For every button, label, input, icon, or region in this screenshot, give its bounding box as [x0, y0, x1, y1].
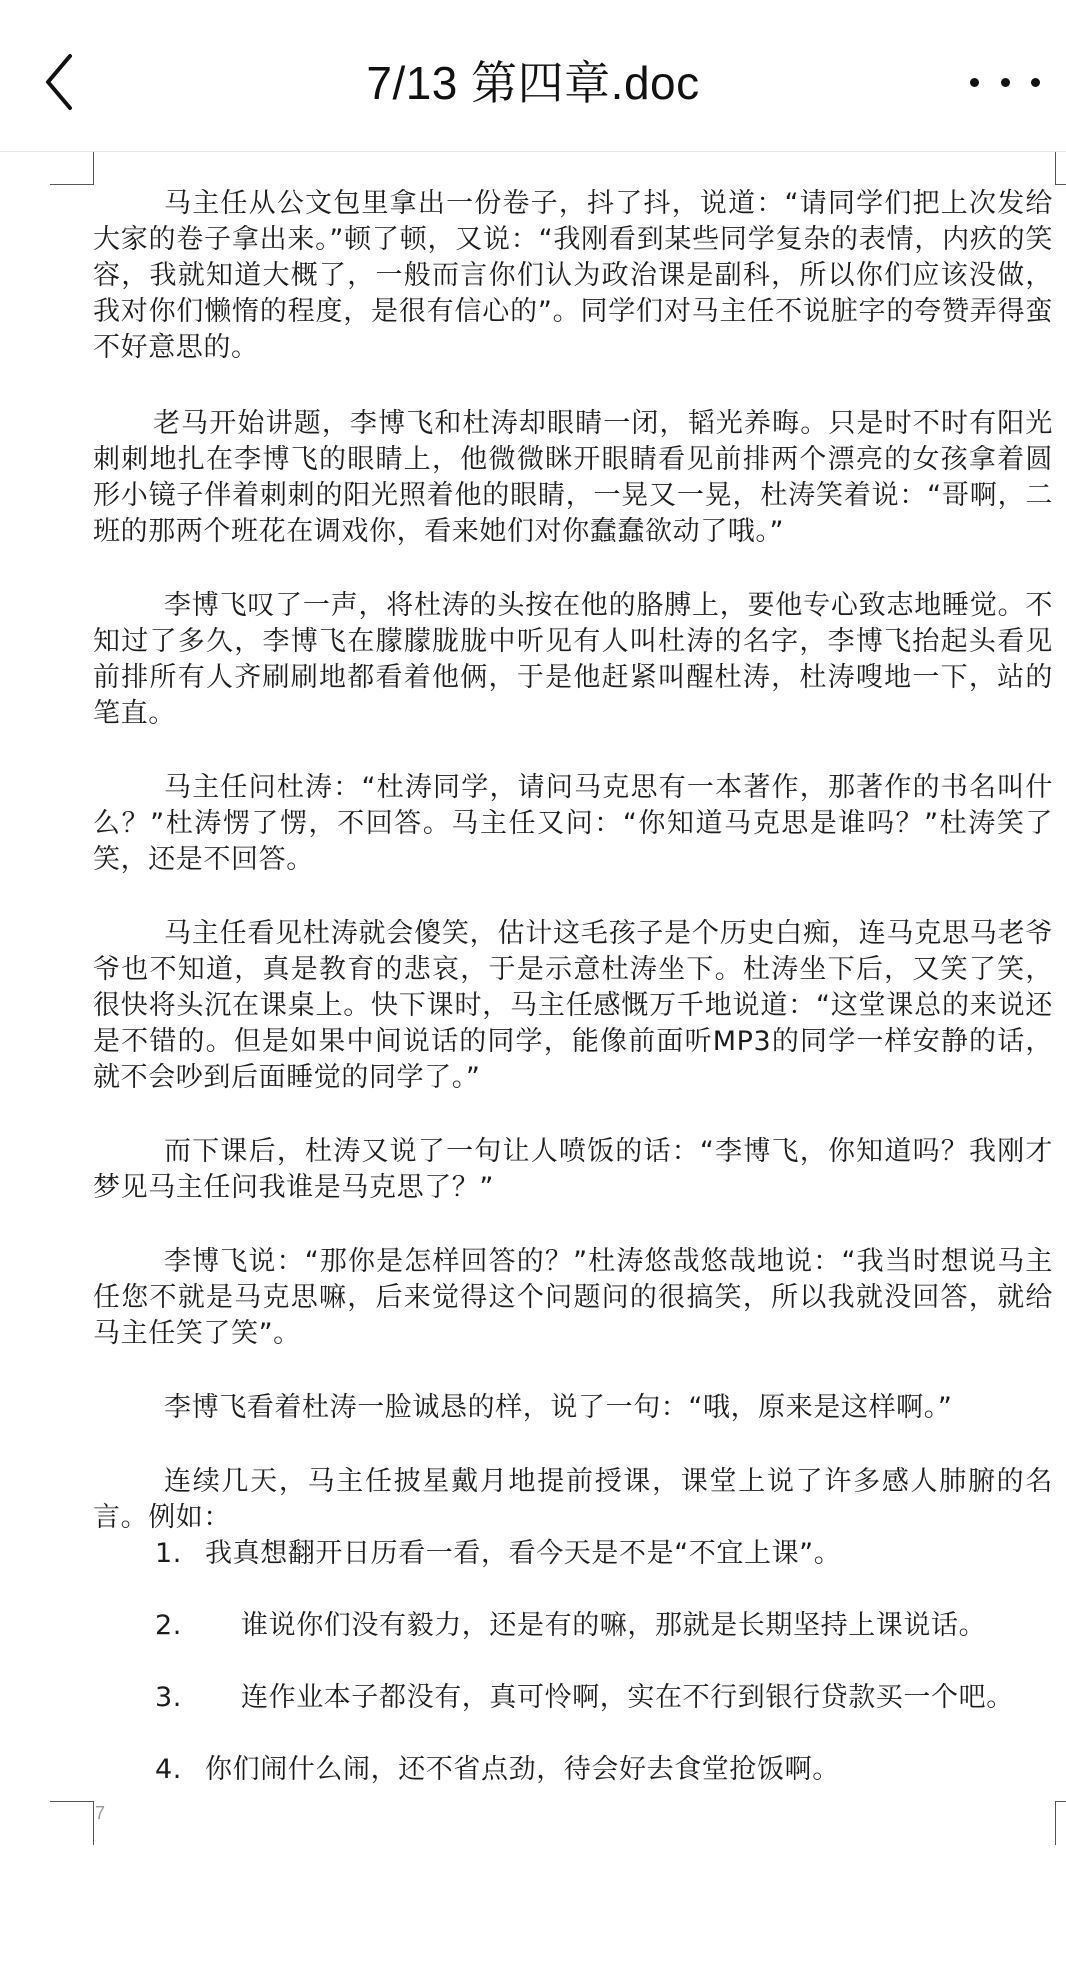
paragraph: 马主任看见杜涛就会傻笑，估计这毛孩子是个历史白痴，连马克思马老爷爷也不知道，真是… — [93, 916, 1053, 1096]
crop-mark-bottom-left — [50, 1801, 94, 1845]
paragraph: 李博飞看着杜涛一脸诚恳的样，说了一句：“哦，原来是这样啊。” — [93, 1390, 1053, 1426]
list-text: 谁说你们没有毅力，还是有的嘛，那就是长期坚持上课说话。 — [241, 1610, 986, 1641]
list-item: 2.谁说你们没有毅力，还是有的嘛，那就是长期坚持上课说话。 — [93, 1608, 1053, 1644]
paragraph: 马主任问杜涛：“杜涛同学，请问马克思有一本著作，那著作的书名叫什么？”杜涛愣了愣… — [93, 770, 1053, 878]
paragraph: 连续几天，马主任披星戴月地提前授课，课堂上说了许多感人肺腑的名言。例如： — [93, 1464, 1053, 1536]
list-number: 3. — [155, 1680, 241, 1716]
paragraph: 李博飞叹了一声，将杜涛的头按在他的胳膊上，要他专心致志地睡觉。不知过了多久，李博… — [93, 588, 1053, 732]
document-body: 马主任从公文包里拿出一份卷子，抖了抖，说道：“请同学们把上次发给大家的卷子拿出来… — [93, 184, 1053, 1788]
paragraph: 马主任从公文包里拿出一份卷子，抖了抖，说道：“请同学们把上次发给大家的卷子拿出来… — [93, 186, 1053, 366]
page-number: 7 — [95, 1803, 105, 1823]
paragraph: 老马开始讲题，李博飞和杜涛却眼睛一闭，韬光养晦。只是时不时有阳光刺刺地扎在李博飞… — [93, 406, 1053, 550]
crop-mark-top-left — [50, 152, 94, 185]
list-text: 我真想翻开日历看一看，看今天是不是“不宜上课”。 — [205, 1538, 841, 1569]
list-item: 3.连作业本子都没有，真可怜啊，实在不行到银行贷款买一个吧。 — [93, 1680, 1053, 1716]
list-number: 4. — [155, 1752, 205, 1788]
more-horizontal-icon-dot — [1001, 78, 1010, 87]
list-text: 你们闹什么闹，还不省点劲，待会好去食堂抢饭啊。 — [205, 1754, 840, 1785]
paragraph: 李博飞说：“那你是怎样回答的？”杜涛悠哉悠哉地说：“我当时想说马主任您不就是马克… — [93, 1244, 1053, 1352]
paragraph: 而下课后，杜涛又说了一句让人喷饭的话：“李博飞，你知道吗？我刚才梦见马主任问我谁… — [93, 1134, 1053, 1206]
more-horizontal-icon-dot — [970, 78, 979, 87]
list-text: 连作业本子都没有，真可怜啊，实在不行到银行贷款买一个吧。 — [241, 1682, 1014, 1713]
more-horizontal-icon-dot — [1031, 78, 1040, 87]
list-number: 2. — [155, 1608, 241, 1644]
crop-mark-top-right — [1055, 152, 1066, 185]
more-options-button[interactable] — [970, 62, 1040, 102]
top-navigation-bar: 7/13 第四章.doc — [0, 0, 1066, 152]
list-number: 1. — [155, 1536, 205, 1572]
crop-mark-bottom-right — [1055, 1801, 1066, 1845]
document-title: 7/13 第四章.doc — [0, 50, 1066, 116]
list-item: 4.你们闹什么闹，还不省点劲，待会好去食堂抢饭啊。 — [93, 1752, 1053, 1788]
list-item: 1.我真想翻开日历看一看，看今天是不是“不宜上课”。 — [93, 1536, 1053, 1572]
